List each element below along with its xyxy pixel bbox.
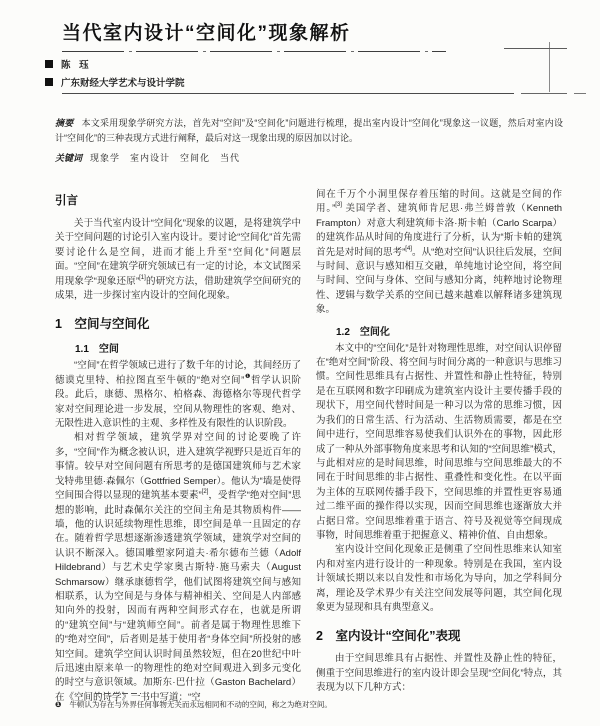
crop-mark-horizontal — [504, 48, 567, 49]
square-bullet-icon — [45, 78, 53, 86]
section-1-1-paragraph-1: “空间”在哲学领域已进行了数千年的讨论，其间经历了德谟克里特、柏拉图直至牛顿的“… — [55, 359, 301, 431]
author-row: 陈 珏 — [45, 57, 92, 71]
header-rule — [574, 93, 586, 94]
affiliation-row: 广东财经大学艺术与设计学院 — [45, 75, 185, 89]
left-column: 引言 关于当代室内设计“空间化”现象的议题，是将建筑学中关于空间问题的讨论引入室… — [55, 188, 301, 705]
section-1-2-paragraph-1: 本文中的“空间化”是针对物理性思维，对空间认识停留在“绝对空间”阶段、将空间与时… — [316, 342, 562, 544]
header-rule — [62, 93, 514, 94]
section-1-1-heading: 1.1 空间 — [55, 340, 301, 355]
square-bullet-icon — [45, 60, 53, 68]
keywords-label: 关键词 — [55, 153, 82, 163]
author-affiliation: 广东财经大学艺术与设计学院 — [61, 75, 185, 89]
section-2-paragraph-1: 由于空间思维具有占据性、并置性及静止性的特征，侧重于空间思维进行的室内设计即会呈… — [316, 652, 562, 695]
header-rule — [521, 93, 567, 94]
footnote: ❶ 牛顿认为存在与外界任何事物无关而永远相同和不动的空间，称之为绝对空间。 — [55, 700, 555, 710]
keywords-text: 现象学 室内设计 空间化 当代 — [90, 153, 240, 163]
scanned-paper-page: 当代室内设计“空间化”现象解析 陈 珏 广东财经大学艺术与设计学院 摘要本文采用… — [0, 0, 600, 726]
section-1-1-paragraph-2: 相对哲学领域，建筑学界对空间的讨论要晚了许多，“空间”作为概念被认识，进入建筑学… — [55, 431, 301, 705]
section-1-1-paragraph-2-continued: 间在千万个小洞里保存着压缩的时间。这就是空间的作用。”[3] 美国学者、建筑师肯… — [316, 188, 562, 318]
abstract-paragraph: 摘要本文采用现象学研究方法，首先对“空间”及“空间化”问题进行梳理，提出室内设计… — [55, 116, 563, 146]
title-rule — [62, 51, 446, 52]
abstract-label: 摘要 — [55, 118, 74, 128]
section-1-2-paragraph-2: 室内设计空间化现象正是侧重了空间性思维来认知室内和对室内进行设计的一种现象。特别… — [316, 543, 562, 615]
intro-paragraph: 关于当代室内设计“空间化”现象的议题，是将建筑学中关于空间问题的讨论引入室内设计… — [55, 217, 301, 303]
crop-mark-vertical — [549, 42, 550, 92]
author-name: 陈 珏 — [61, 57, 92, 71]
footnote-text: 牛顿认为存在与外界任何事物无关而永远相同和不动的空间，称之为绝对空间。 — [69, 700, 332, 710]
section-1-heading: 1 空间与空间化 — [55, 314, 301, 332]
two-column-body: 引言 关于当代室内设计“空间化”现象的议题，是将建筑学中关于空间问题的讨论引入室… — [55, 188, 562, 705]
keywords-line: 关键词现象学 室内设计 空间化 当代 — [55, 151, 563, 166]
right-column: 间在千万个小洞里保存着压缩的时间。这就是空间的作用。”[3] 美国学者、建筑师肯… — [316, 188, 562, 705]
section-2-heading: 2 室内设计“空间化”表现 — [316, 626, 562, 644]
abstract-text: 本文采用现象学研究方法，首先对“空间”及“空间化”问题进行梳理，提出室内设计“空… — [55, 118, 563, 143]
footnote-divider — [95, 693, 141, 694]
abstract-block: 摘要本文采用现象学研究方法，首先对“空间”及“空间化”问题进行梳理，提出室内设计… — [55, 116, 563, 166]
footnote-marker: ❶ — [55, 700, 61, 710]
intro-heading: 引言 — [55, 192, 301, 208]
section-1-2-heading: 1.2 空间化 — [316, 323, 562, 338]
article-title: 当代室内设计“空间化”现象解析 — [62, 18, 351, 45]
